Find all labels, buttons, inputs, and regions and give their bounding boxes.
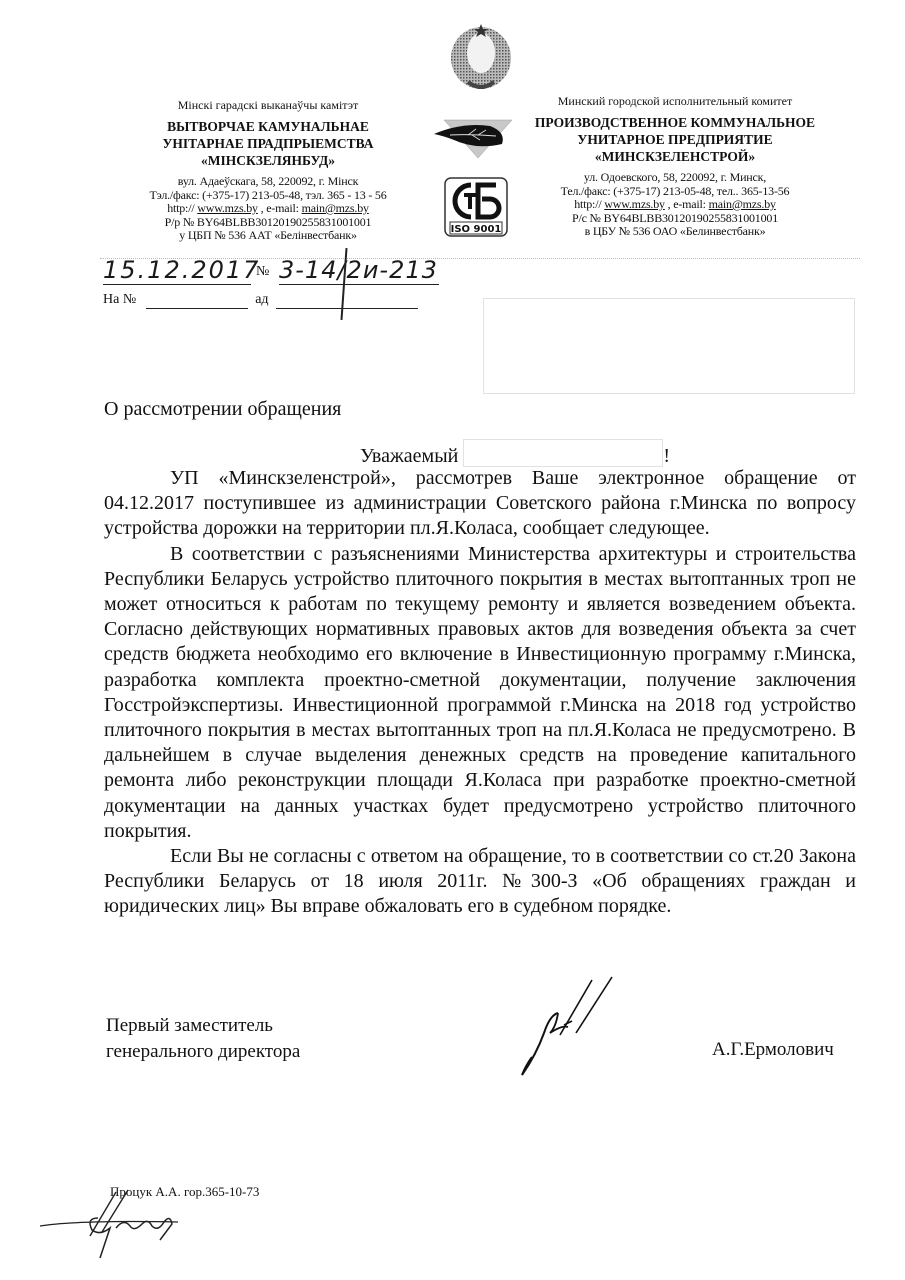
signatory-name: А.Г.Ермолович bbox=[712, 1039, 834, 1061]
subject-line: О рассмотрении обращения bbox=[104, 398, 341, 421]
email-link[interactable]: main@mzs.by bbox=[302, 201, 369, 215]
body-paragraph-2: В соответствии с разъяснениями Министерс… bbox=[104, 542, 856, 844]
web-prefix: http:// bbox=[167, 201, 197, 215]
org-name-be-line2: УНІТАРНАЕ ПРАДПРЫЕМСТВА bbox=[118, 135, 418, 152]
signatory-position: Первый заместитель генерального директор… bbox=[106, 1013, 300, 1065]
greeting-suffix: ! bbox=[663, 445, 670, 467]
executor-signature-icon bbox=[38, 1188, 208, 1268]
phone-be: Тэл./факс: (+375-17) 213-05-48, тэл. 365… bbox=[118, 189, 418, 203]
website-link[interactable]: www.mzs.by bbox=[197, 201, 258, 215]
email-link[interactable]: main@mzs.by bbox=[709, 197, 776, 211]
header-left: Мінскі гарадскі выканаўчы камітэт ВЫТВОР… bbox=[118, 98, 418, 243]
greeting-name-redacted bbox=[463, 439, 663, 467]
phone-ru: Тел./факс: (+375-17) 213-05-48, тел.. 36… bbox=[520, 185, 830, 199]
registration-row: 15.12.2017 № 3-14/2и-213 bbox=[103, 256, 443, 286]
org-name-ru-line2: УНИТАРНОЕ ПРЕДПРИЯТИЕ bbox=[520, 131, 830, 148]
account-ru: Р/с № BY64BLBB30120190255831001001 bbox=[520, 212, 830, 226]
reply-number-label: На № bbox=[103, 292, 136, 307]
greeting-prefix: Уважаемый bbox=[360, 445, 458, 467]
signature-scribble-icon bbox=[500, 975, 630, 1085]
address-be: вул. Адаеўскага, 58, 220092, г. Мінск bbox=[118, 175, 418, 189]
web-email-be: http:// www.mzs.by , e-mail: main@mzs.by bbox=[118, 202, 418, 216]
authority-ru: Минский городской исполнительный комитет bbox=[520, 94, 830, 109]
belarus-coat-of-arms-icon bbox=[448, 20, 514, 92]
email-prefix: , e-mail: bbox=[665, 197, 709, 211]
web-prefix: http:// bbox=[574, 197, 604, 211]
addressee-redacted-box bbox=[483, 298, 855, 394]
org-name-be-line3: «МІНСКЗЕЛЯНБУД» bbox=[118, 152, 418, 169]
org-name-be-line1: ВЫТВОРЧАЕ КАМУНАЛЬНАЕ bbox=[118, 118, 418, 135]
bank-be: у ЦБП № 536 ААТ «Белінвестбанк» bbox=[118, 229, 418, 243]
body-paragraph-3: Если Вы не согласны с ответом на обращен… bbox=[104, 844, 856, 920]
org-name-ru-line3: «МИНСКЗЕЛЕНСТРОЙ» bbox=[520, 148, 830, 165]
reply-date-field bbox=[276, 292, 418, 309]
bank-ru: в ЦБУ № 536 ОАО «Белинвестбанк» bbox=[520, 225, 830, 239]
registration-date: 15.12.2017 bbox=[103, 256, 251, 285]
header-right: Минский городской исполнительный комитет… bbox=[520, 94, 830, 239]
website-link[interactable]: www.mzs.by bbox=[604, 197, 665, 211]
reply-row: На № ад bbox=[103, 292, 433, 309]
reply-from-label: ад bbox=[255, 292, 268, 307]
address-ru: ул. Одоевского, 58, 220092, г. Минск, bbox=[520, 171, 830, 185]
email-prefix: , e-mail: bbox=[258, 201, 302, 215]
greeting: Уважаемый ! bbox=[360, 439, 670, 468]
position-line2: генерального директора bbox=[106, 1039, 300, 1065]
stb-iso-9001-badge: ISO 9001 bbox=[444, 177, 508, 237]
authority-be: Мінскі гарадскі выканаўчы камітэт bbox=[118, 98, 418, 113]
position-line1: Первый заместитель bbox=[106, 1013, 300, 1039]
reply-number-field bbox=[146, 292, 248, 309]
org-name-ru-line1: ПРОИЗВОДСТВЕННОЕ КОММУНАЛЬНОЕ bbox=[520, 114, 830, 131]
iso-label: ISO 9001 bbox=[451, 224, 502, 235]
registration-number-label: № bbox=[256, 264, 269, 280]
leaf-triangle-logo-icon bbox=[432, 118, 514, 160]
letter-body: УП «Минскзеленстрой», рассмотрев Ваше эл… bbox=[104, 466, 856, 920]
web-email-ru: http:// www.mzs.by , e-mail: main@mzs.by bbox=[520, 198, 830, 212]
registration-number: 3-14/2и-213 bbox=[279, 256, 439, 285]
body-paragraph-1: УП «Минскзеленстрой», рассмотрев Ваше эл… bbox=[104, 466, 856, 542]
account-be: Р/р № BY64BLBB30120190255831001001 bbox=[118, 216, 418, 230]
